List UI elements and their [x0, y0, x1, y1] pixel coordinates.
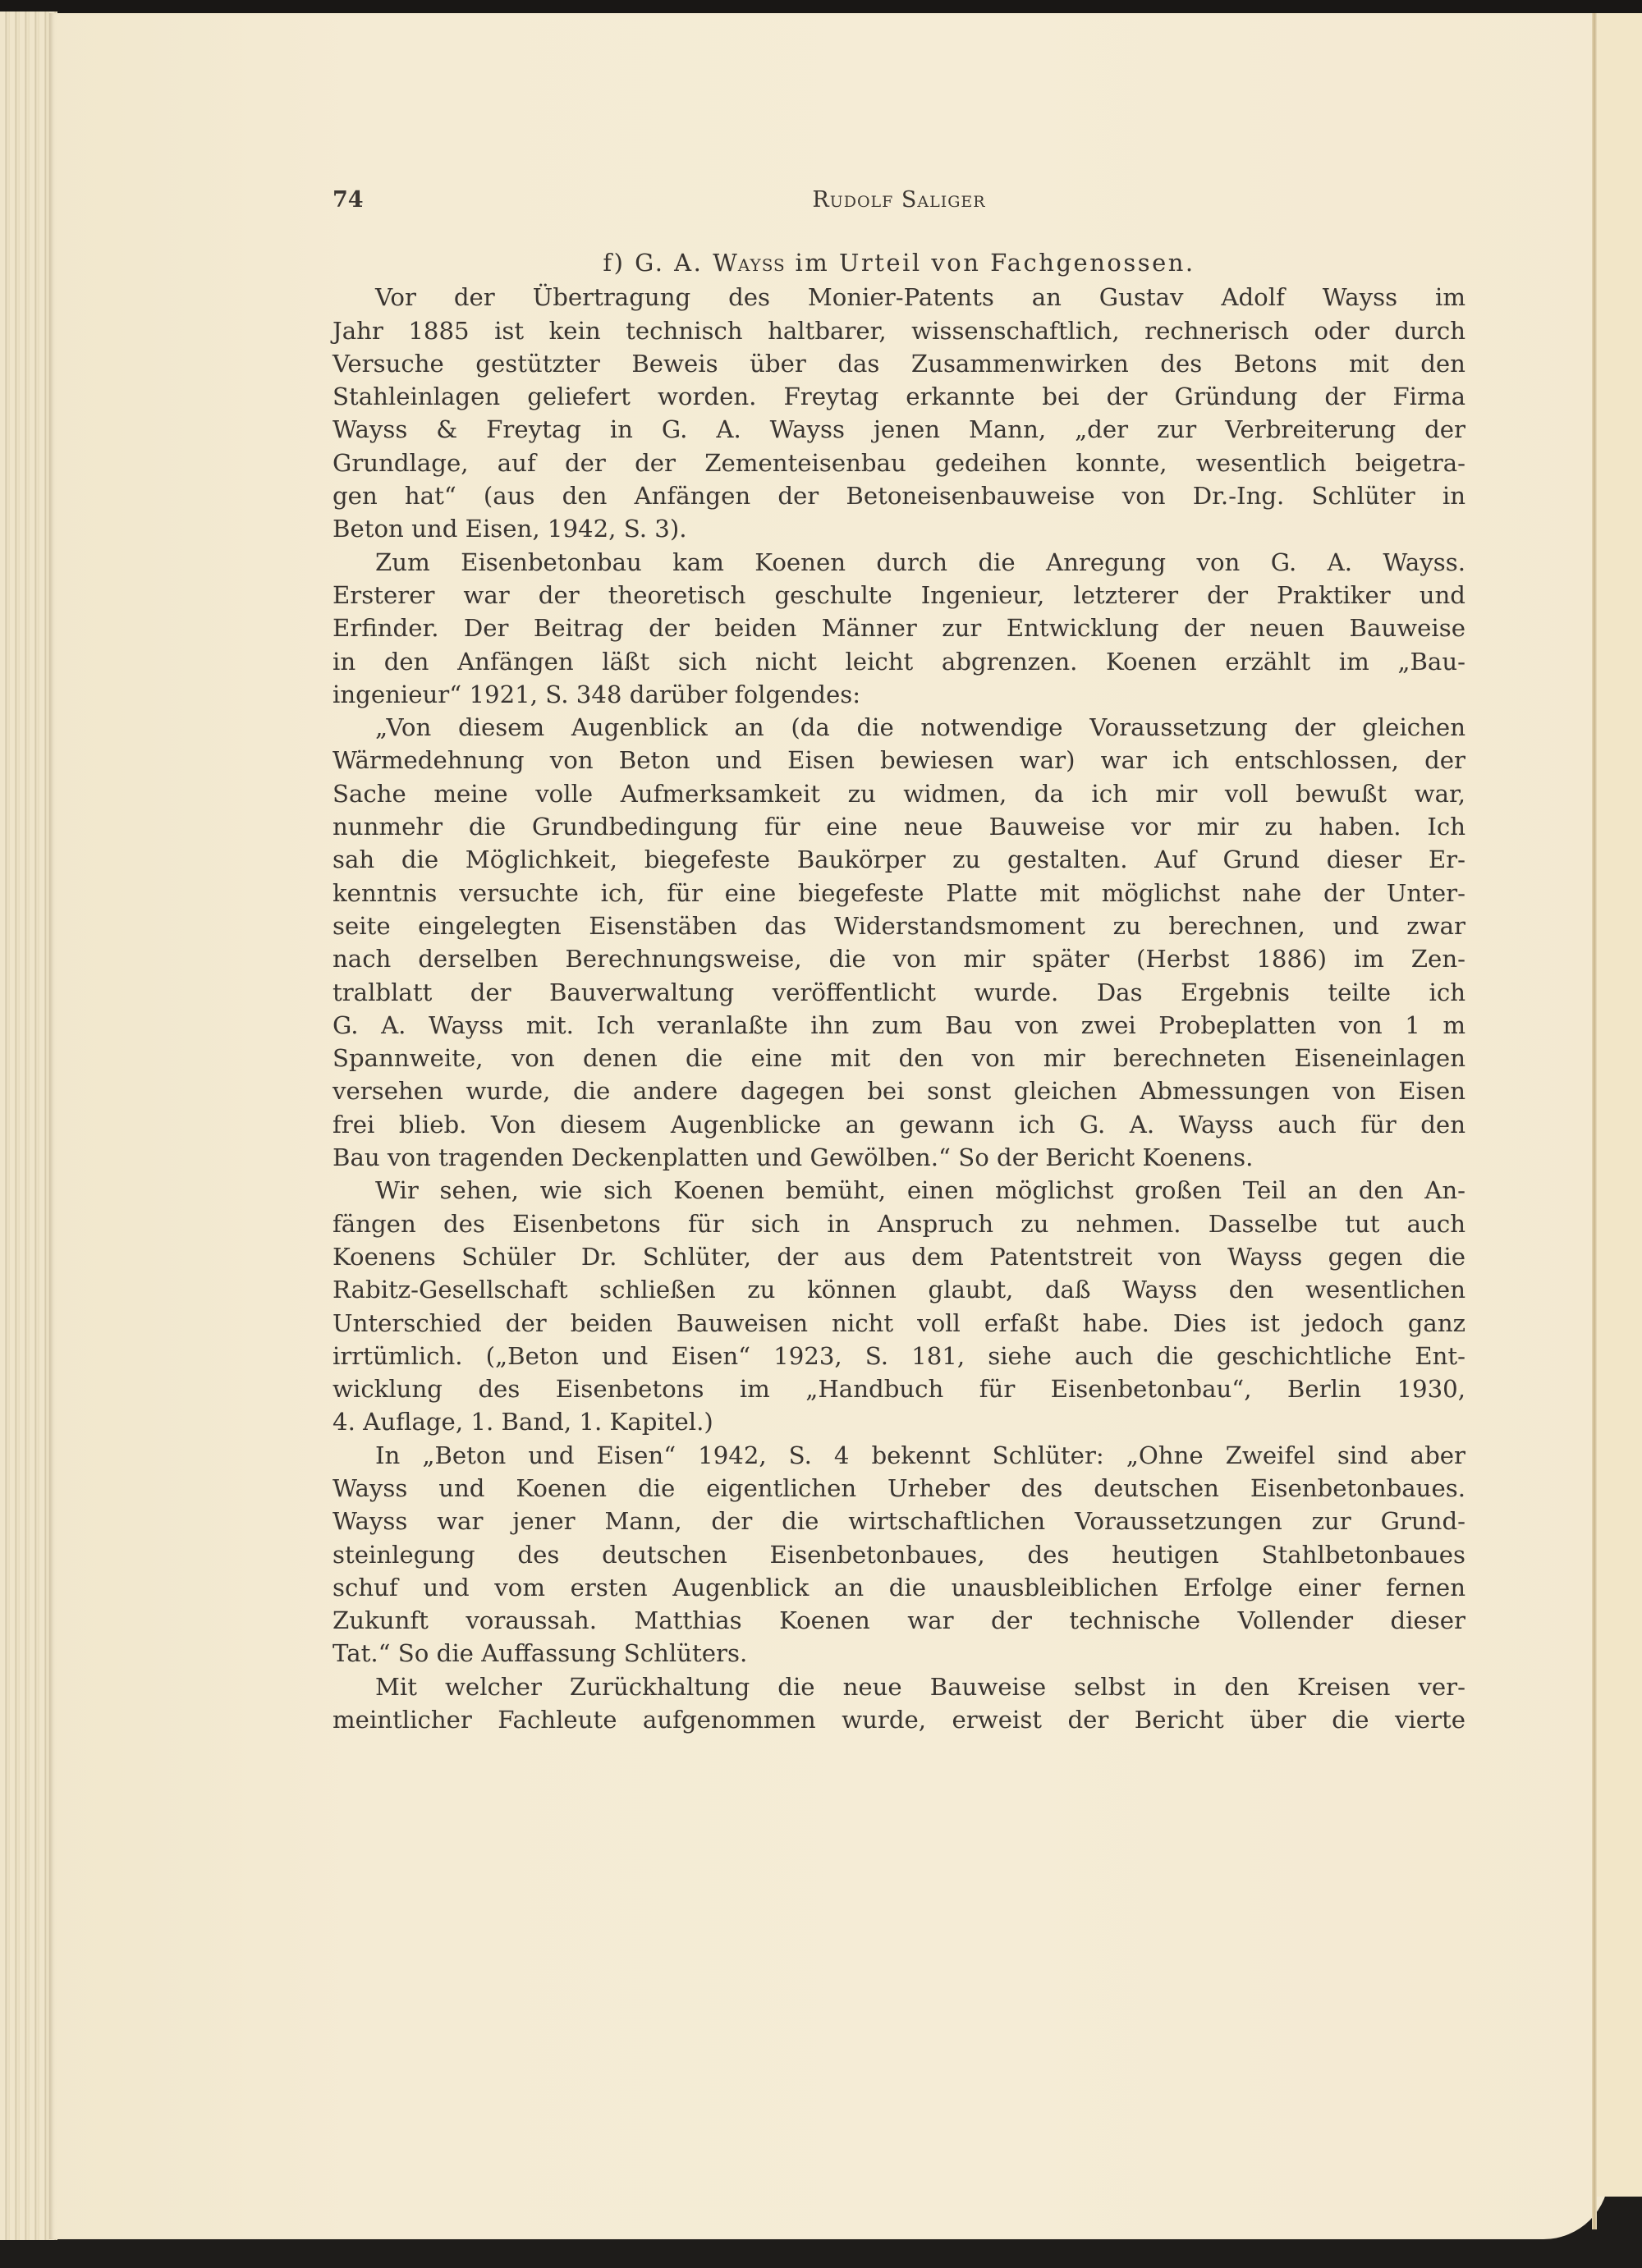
text-line: G. A. Wayss mit. Ich veranlaßte ihn zum … [333, 1009, 1465, 1042]
running-head: 74 Rudolf Saliger [333, 187, 1465, 220]
text-line: Wayss war jener Mann, der die wirtschaft… [333, 1505, 1465, 1537]
section-heading-rest: im Urteil von Fachgenossen. [795, 249, 1195, 277]
paragraph-5: In „Beton und Eisen“ 1942, S. 4 bekennt … [333, 1439, 1465, 1670]
paragraph-4: Wir sehen, wie sich Koenen bemüht, einen… [333, 1174, 1465, 1438]
section-heading-prefix: f) G. A. [603, 249, 703, 277]
text-line: Jahr 1885 ist kein technisch haltbarer, … [333, 314, 1465, 347]
text-line: Bau von tragenden Deckenplatten und Gewö… [333, 1141, 1465, 1174]
text-line: Versuche gestützter Beweis über das Zusa… [333, 347, 1465, 380]
text-line: „Von diesem Augenblick an (da die notwen… [333, 711, 1465, 744]
paragraph-2: Zum Eisenbetonbau kam Koenen durch die A… [333, 546, 1465, 711]
text-line: Unterschied der beiden Bauweisen nicht v… [333, 1307, 1465, 1340]
text-line: Wayss und Koenen die eigentlichen Urhebe… [333, 1472, 1465, 1505]
text-line: seite eingelegten Eisenstäben das Widers… [333, 909, 1465, 942]
text-line: Sache meine volle Aufmerksamkeit zu widm… [333, 777, 1465, 810]
text-line: Tat.“ So die Auffassung Schlüters. [333, 1637, 1465, 1670]
text-line: Beton und Eisen, 1942, S. 3). [333, 512, 1465, 545]
text-line: in den Anfängen läßt sich nicht leicht a… [333, 645, 1465, 678]
text-line: Erfinder. Der Beitrag der beiden Männer … [333, 612, 1465, 644]
running-head-author: Rudolf Saliger [333, 187, 1465, 213]
text-line: Wir sehen, wie sich Koenen bemüht, einen… [333, 1174, 1465, 1207]
text-line: Zum Eisenbetonbau kam Koenen durch die A… [333, 546, 1465, 579]
paragraph-3-quote: „Von diesem Augenblick an (da die notwen… [333, 711, 1465, 1174]
text-line: Ersterer war der theoretisch geschulte I… [333, 579, 1465, 612]
text-line: Spannweite, von denen die eine mit den v… [333, 1042, 1465, 1074]
text-line: Stahleinlagen geliefert worden. Freytag … [333, 380, 1465, 413]
text-line: kenntnis versuchte ich, für eine biegefe… [333, 877, 1465, 909]
body-text: f) G. A. Wayss im Urteil von Fachgenosse… [333, 246, 1465, 1736]
text-line: Rabitz-Gesellschaft schließen zu können … [333, 1273, 1465, 1306]
text-line: Grundlage, auf der der Zementeisenbau ge… [333, 447, 1465, 479]
text-line: Vor der Übertragung des Monier-Patents a… [333, 281, 1465, 314]
text-line: Zukunft voraussah. Matthias Koenen war d… [333, 1604, 1465, 1637]
text-line: Koenens Schüler Dr. Schlüter, der aus de… [333, 1240, 1465, 1273]
text-line: irrtümlich. („Beton und Eisen“ 1923, S. … [333, 1340, 1465, 1372]
text-line: frei blieb. Von diesem Augenblicke an ge… [333, 1108, 1465, 1141]
text-line: Mit welcher Zurückhaltung die neue Bauwe… [333, 1670, 1465, 1703]
text-line: Wayss & Freytag in G. A. Wayss jenen Man… [333, 413, 1465, 446]
text-line: In „Beton und Eisen“ 1942, S. 4 bekennt … [333, 1439, 1465, 1472]
text-line: nunmehr die Grundbedingung für eine neue… [333, 810, 1465, 843]
section-heading-name: Wayss [713, 249, 786, 277]
text-line: 4. Auflage, 1. Band, 1. Kapitel.) [333, 1405, 1465, 1438]
text-line: sah die Möglichkeit, biegefeste Baukörpe… [333, 843, 1465, 876]
paragraph-6: Mit welcher Zurückhaltung die neue Bauwe… [333, 1670, 1465, 1737]
text-line: versehen wurde, die andere dagegen bei s… [333, 1074, 1465, 1107]
text-line: nach derselben Berechnungsweise, die von… [333, 942, 1465, 975]
text-line: schuf und vom ersten Augenblick an die u… [333, 1571, 1465, 1604]
text-line: ingenieur“ 1921, S. 348 darüber folgende… [333, 678, 1465, 711]
section-heading: f) G. A. Wayss im Urteil von Fachgenosse… [333, 246, 1465, 279]
text-line: meintlicher Fachleute aufgenommen wurde,… [333, 1703, 1465, 1736]
paragraph-1: Vor der Übertragung des Monier-Patents a… [333, 281, 1465, 545]
text-line: wicklung des Eisenbetons im „Handbuch fü… [333, 1372, 1465, 1405]
text-line: gen hat“ (aus den Anfängen der Betoneise… [333, 479, 1465, 512]
text-line: tralblatt der Bauverwaltung veröffentlic… [333, 976, 1465, 1009]
text-line: fängen des Eisenbetons für sich in Anspr… [333, 1207, 1465, 1240]
scan-background-top [0, 0, 1642, 13]
text-line: Wärmedehnung von Beton und Eisen bewiese… [333, 744, 1465, 777]
adjacent-page-edge [1597, 13, 1642, 2197]
text-line: steinlegung des deutschen Eisenbetonbaue… [333, 1538, 1465, 1571]
